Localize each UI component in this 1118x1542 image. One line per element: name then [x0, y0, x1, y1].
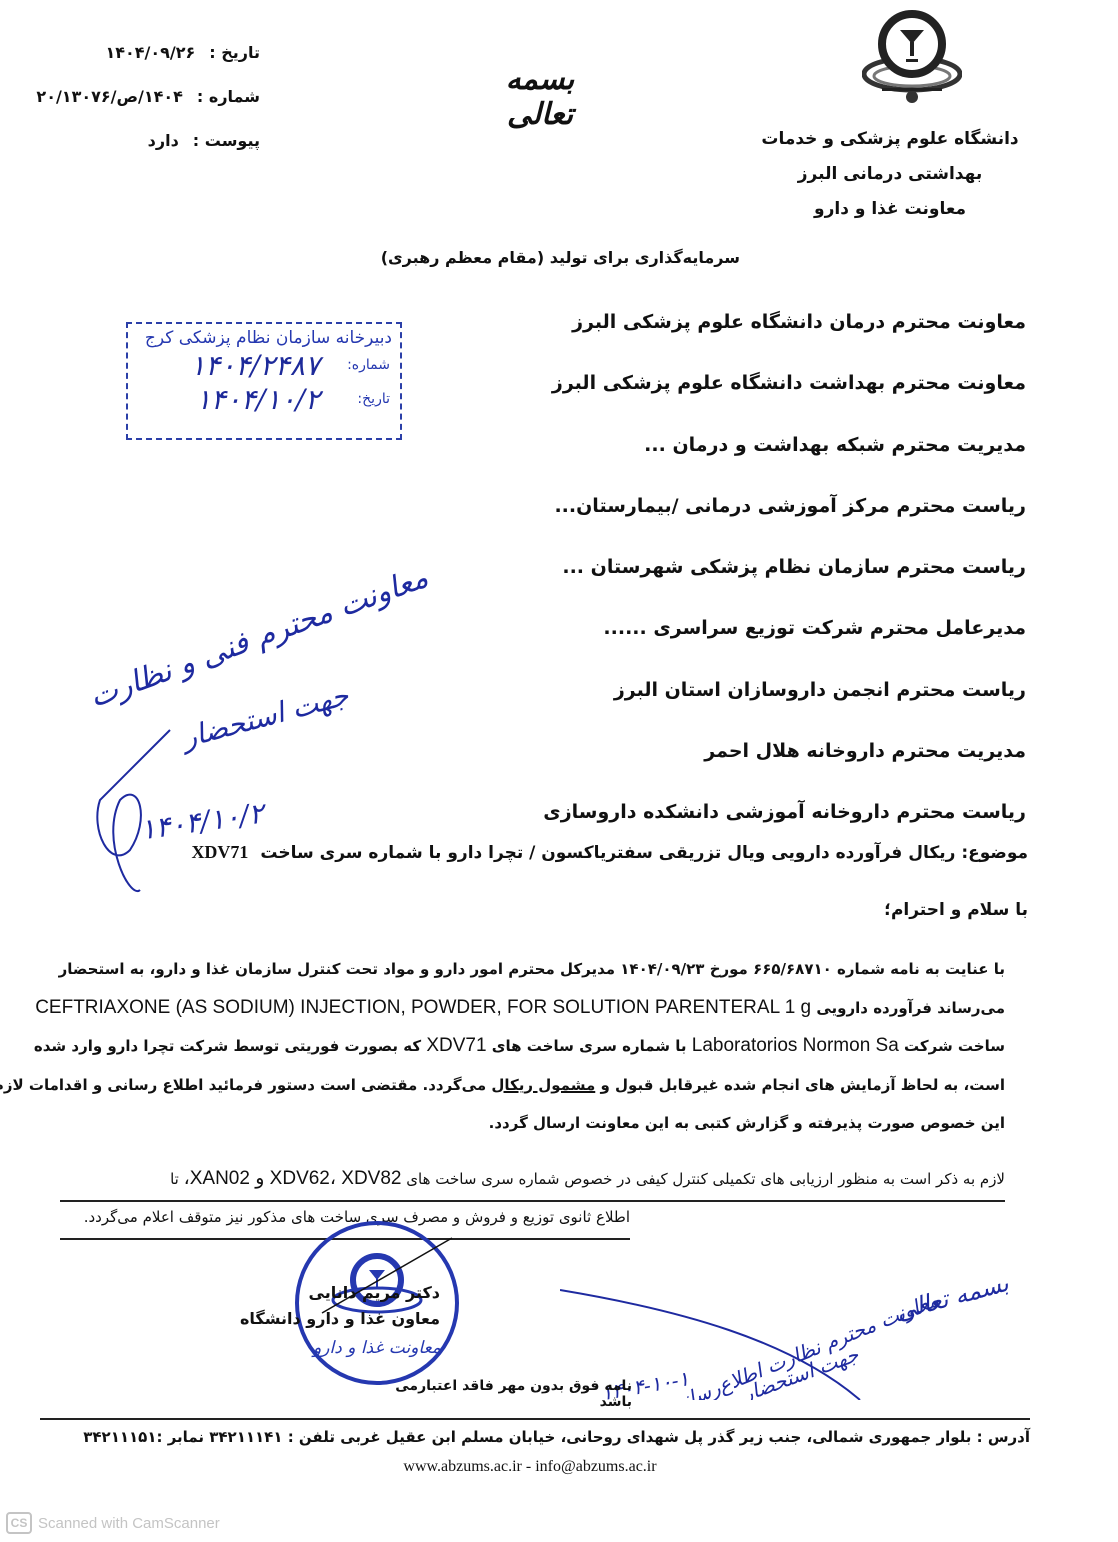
manufacturer-name: Laboratorios Normon Sa	[692, 1035, 899, 1056]
footer-web-contact: www.abzums.ac.ir - info@abzums.ac.ir	[360, 1458, 700, 1476]
signatory-name: دکتر مریم دانایی	[200, 1280, 440, 1306]
body-line-5: این خصوص صورت پذیرفته و گزارش کتبی به ای…	[60, 1104, 1005, 1143]
body-text: می‌گردد. مقتضی است دستور فرمائید اطلاع ر…	[0, 1076, 486, 1094]
body-line-4: است، به لحاظ آزمایش های انجام شده غیرقاب…	[60, 1066, 1005, 1105]
body-line-1: با عنایت به نامه شماره ۶۶۵/۶۸۷۱۰ مورخ ۱۴…	[60, 950, 1005, 989]
stamp-date-value: ۱۴۰۴/۱۰/۲	[196, 383, 320, 416]
body-text: است، به لحاظ آزمایش های انجام شده غیرقاب…	[600, 1076, 1005, 1094]
recipient-item: ریاست محترم مرکز آموزشی درمانی /بیمارستا…	[466, 488, 1026, 549]
body-line-3: ساخت شرکت Laboratorios Normon Sa با شمار…	[60, 1027, 1005, 1066]
org-line-3: معاونت غذا و دارو	[740, 192, 1040, 227]
number-value: ۱۴۰۴/ص/۲۰/۱۳۰۷۶	[36, 87, 182, 106]
stamp-title: دبیرخانه سازمان نظام پزشکی کرج	[128, 324, 400, 348]
attachment-label: پیوست :	[193, 126, 260, 156]
body-text: با شماره سری ساخت های	[492, 1037, 687, 1055]
body-text: ساخت شرکت	[904, 1037, 1005, 1055]
recipient-item: معاونت محترم بهداشت دانشگاه علوم پزشکی ا…	[466, 365, 1026, 426]
date-label: تاریخ :	[209, 38, 260, 68]
subject-text: موضوع: ریکال فرآورده دارویی ویال تزریقی …	[260, 843, 1028, 863]
notice-line-1: لازم به ذکر است به منظور ارزیابی های تکم…	[60, 1164, 1005, 1202]
recipient-item: ریاست محترم انجمن داروسازان استان البرز	[466, 672, 1026, 733]
date-value: ۱۴۰۴/۰۹/۲۶	[105, 43, 195, 62]
subject-batch: XDV71	[191, 842, 248, 862]
stamp-number-value: ۱۴۰۴/۲۴۸۷	[190, 349, 320, 382]
body-text: که بصورت فوریتی توسط شرکت تچرا دارو وارد…	[34, 1037, 421, 1055]
stamp-date-label: تاریخ:	[320, 391, 390, 407]
camscanner-watermark: CS Scanned with CamScanner	[6, 1512, 220, 1534]
recipient-item: معاونت محترم درمان دانشگاه علوم پزشکی ال…	[466, 304, 1026, 365]
signatory-title: معاون غذا و دارو دانشگاه	[200, 1306, 440, 1332]
recipient-item: مدیریت محترم داروخانه هلال احمر	[466, 733, 1026, 794]
org-line-1: دانشگاه علوم پزشکی و خدمات	[740, 122, 1040, 157]
stamp-number-row: شماره: ۱۴۰۴/۲۴۸۷	[128, 348, 400, 382]
recall-emphasis: مشمول ریکال	[491, 1076, 595, 1094]
footer-divider	[40, 1418, 1030, 1420]
greeting: با سلام و احترام؛	[884, 900, 1028, 920]
validity-footnote: نامه فوق بدون مهر فاقد اعتبارمی باشد	[372, 1378, 632, 1410]
number-label: شماره :	[197, 82, 260, 112]
recipients-list: معاونت محترم درمان دانشگاه علوم پزشکی ال…	[466, 304, 1026, 856]
batch-number: XDV71	[426, 1035, 486, 1056]
subject-line: موضوع: ریکال فرآورده دارویی ویال تزریقی …	[268, 842, 1028, 863]
body-line-2: می‌رساند فرآورده دارویی CEFTRIAXONE (AS …	[60, 989, 1005, 1028]
attachment-value: دارد	[148, 131, 179, 150]
stamp-number-label: شماره:	[320, 357, 390, 373]
footer-address: آدرس : بلوار جمهوری شمالی، جنب زیر گذر پ…	[30, 1428, 1030, 1446]
secretariat-received-stamp: دبیرخانه سازمان نظام پزشکی کرج شماره: ۱۴…	[126, 322, 402, 440]
notice-text: لازم به ذکر است به منظور ارزیابی های تکم…	[406, 1170, 1005, 1188]
slogan: سرمایه‌گذاری برای تولید (مقام معظم رهبری…	[370, 248, 740, 267]
number-row: شماره :۱۴۰۴/ص/۲۰/۱۳۰۷۶	[30, 82, 260, 126]
recipient-item: ریاست محترم سازمان نظام پزشکی شهرستان ..…	[466, 549, 1026, 610]
university-logo-icon	[862, 4, 962, 104]
attachment-row: پیوست :دارد	[30, 126, 260, 170]
letter-body: با عنایت به نامه شماره ۶۶۵/۶۸۷۱۰ مورخ ۱۴…	[60, 950, 1005, 1143]
recipient-item: مدیریت محترم شبکه بهداشت و درمان ...	[466, 427, 1026, 488]
seal-text: معاونت غذا و دارو	[311, 1338, 441, 1358]
org-line-2: بهداشتی درمانی البرز	[740, 157, 1040, 192]
letter-meta: تاریخ :۱۴۰۴/۰۹/۲۶ شماره :۱۴۰۴/ص/۲۰/۱۳۰۷۶…	[30, 38, 260, 170]
bismillah-heading: بسمه تعالی	[470, 62, 610, 132]
suspension-notice: لازم به ذکر است به منظور ارزیابی های تکم…	[60, 1164, 1005, 1240]
stamp-date-row: تاریخ: ۱۴۰۴/۱۰/۲	[128, 382, 400, 416]
suspended-batches: XDV62، XDV82 و XAN02،	[184, 1168, 402, 1189]
camscanner-text: Scanned with CamScanner	[38, 1515, 220, 1532]
product-name: CEFTRIAXONE (AS SODIUM) INJECTION, POWDE…	[35, 997, 811, 1018]
camscanner-logo-icon: CS	[6, 1512, 32, 1534]
notice-text: تا	[170, 1170, 179, 1188]
recipient-item: مدیرعامل محترم شرکت توزیع سراسری ......	[466, 610, 1026, 671]
body-text: می‌رساند فرآورده دارویی	[816, 999, 1005, 1017]
organization-name: دانشگاه علوم پزشکی و خدمات بهداشتی درمان…	[740, 122, 1040, 227]
date-row: تاریخ :۱۴۰۴/۰۹/۲۶	[30, 38, 260, 82]
signatory-block: دکتر مریم دانایی معاون غذا و دارو دانشگا…	[200, 1280, 440, 1332]
